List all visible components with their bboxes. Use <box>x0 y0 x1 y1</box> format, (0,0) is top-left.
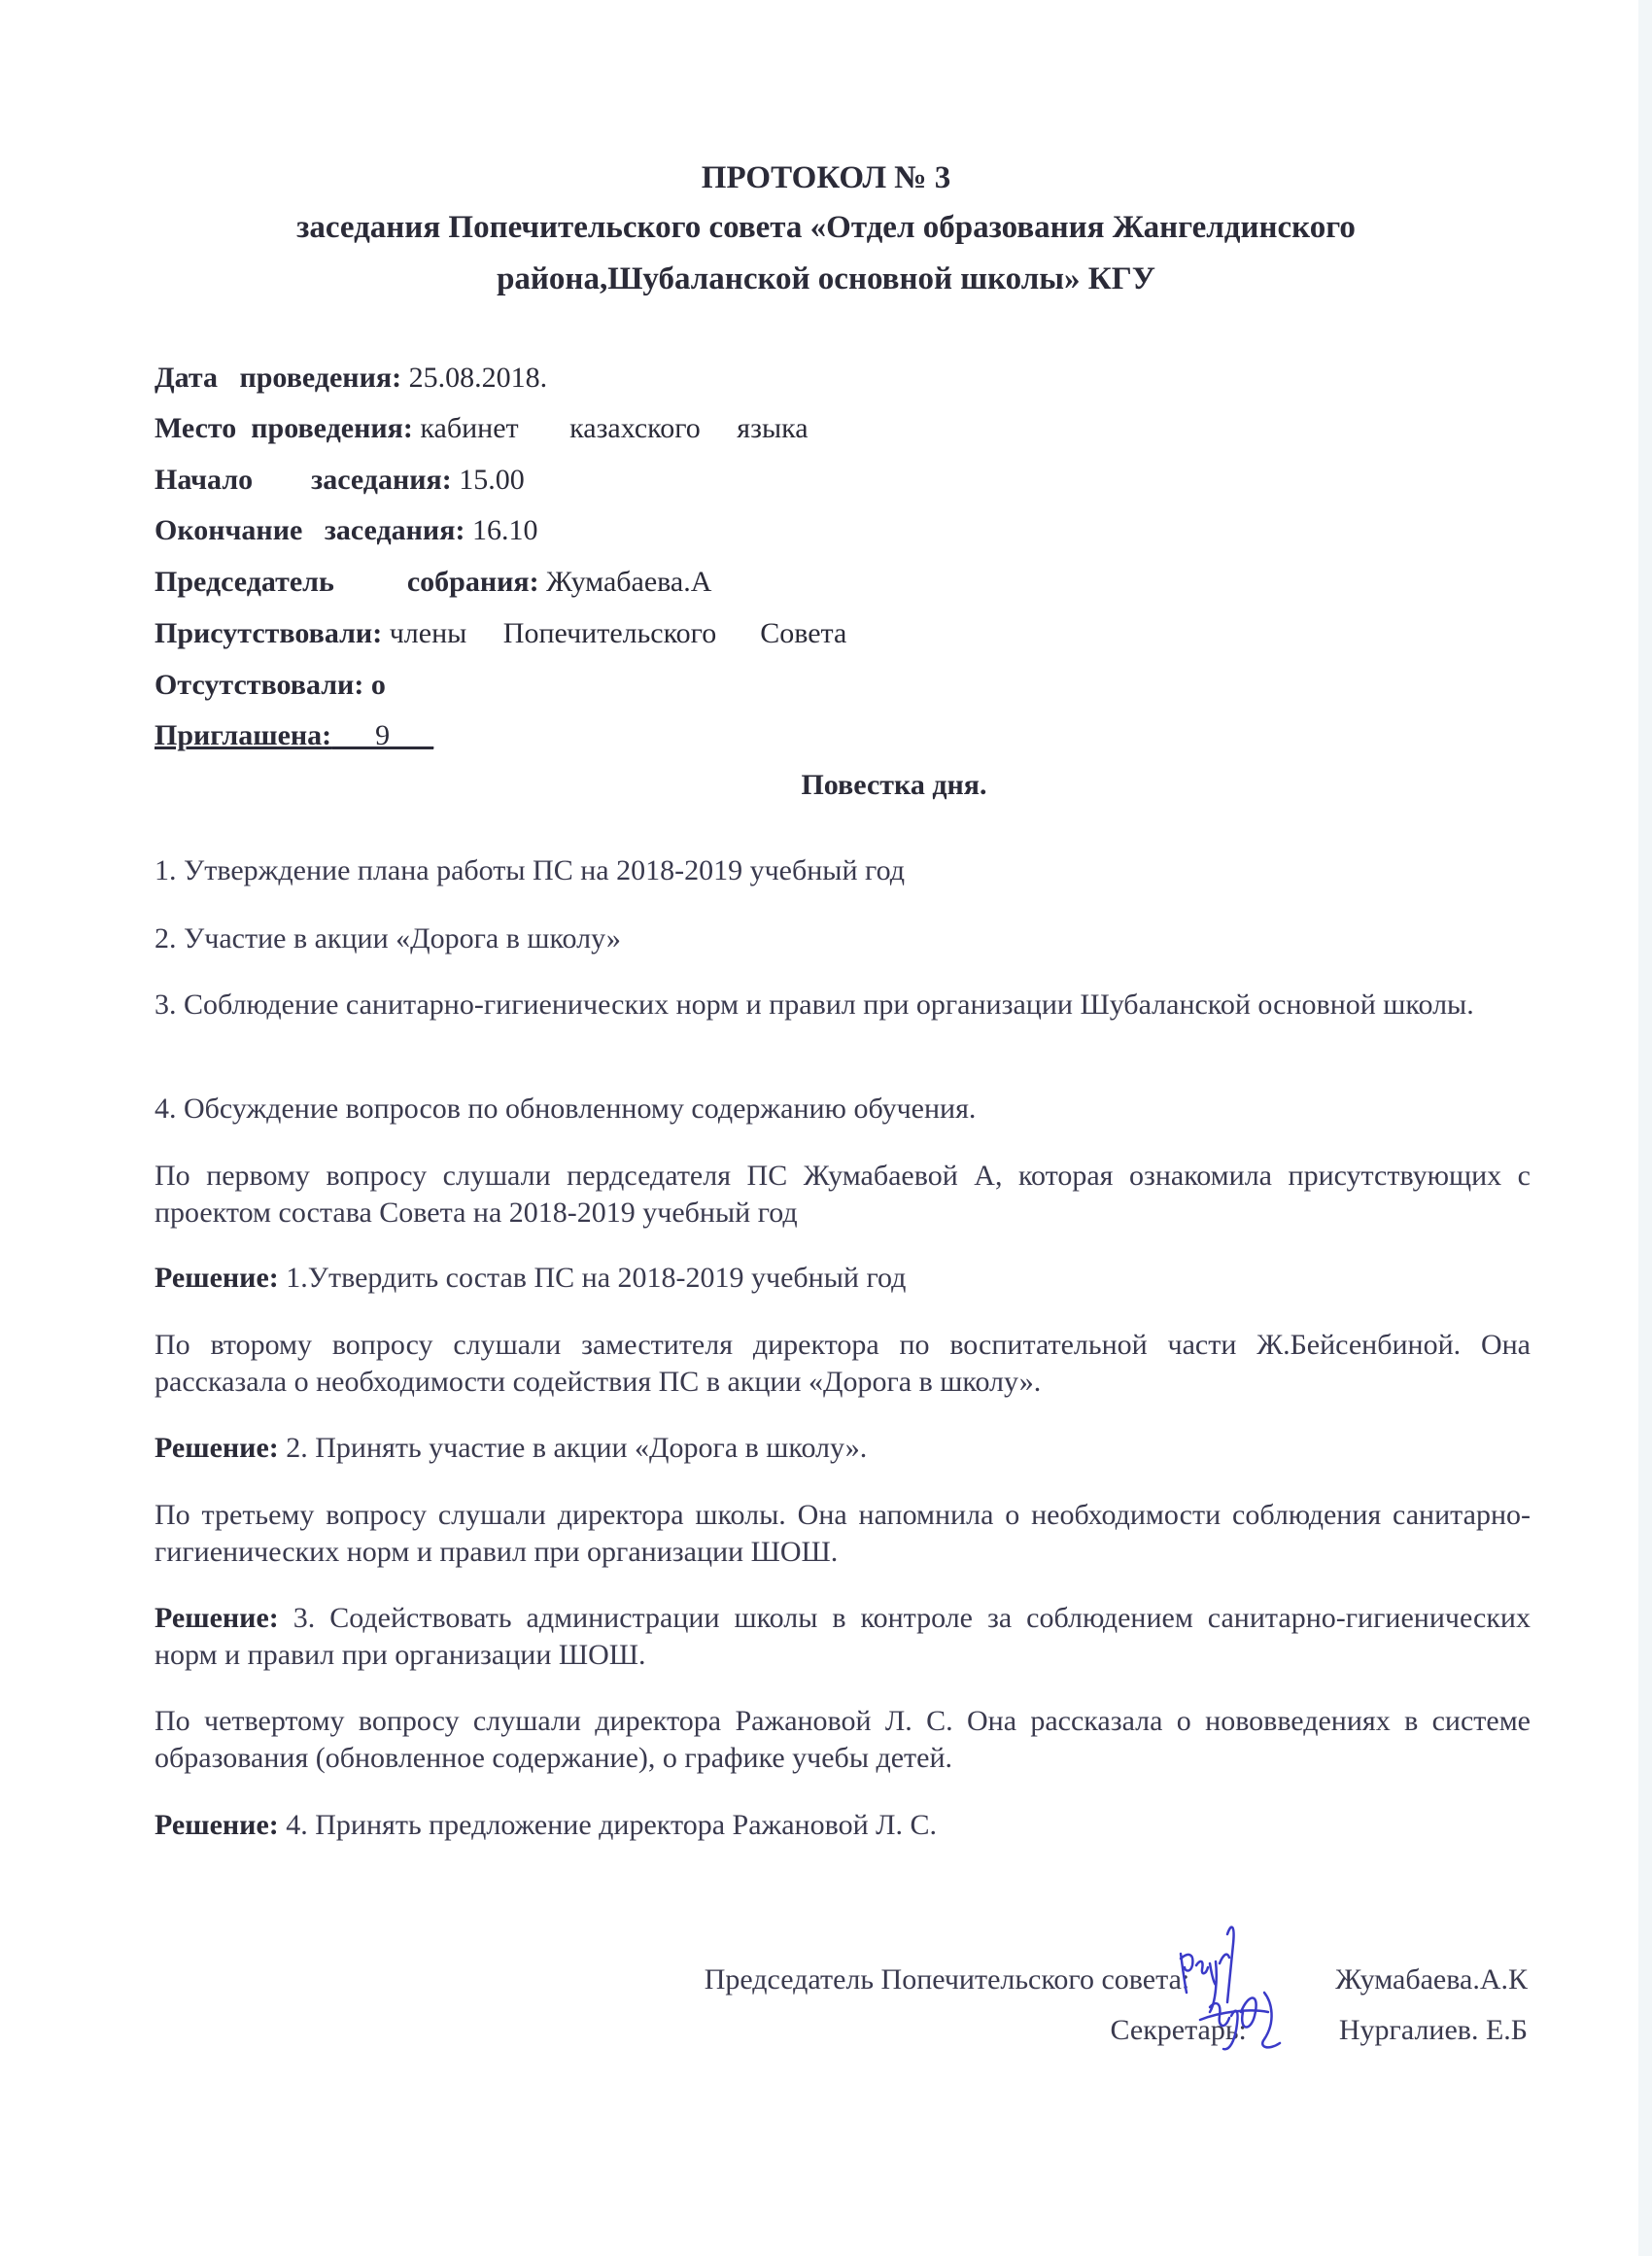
q3-heard-paragraph: По третьему вопросу слушали директора шк… <box>155 1497 1531 1571</box>
agenda-item: 2. Участие в акции «Дорога в школу» <box>155 920 1531 957</box>
q4-heard-paragraph: По четвертому вопросу слушали директора … <box>155 1703 1531 1777</box>
q2-heard-paragraph: По второму вопросу слушали заместителя д… <box>155 1327 1531 1401</box>
meta-chair-label: Председатель собрания: <box>155 566 539 598</box>
decision-text: 1.Утвердить состав ПС на 2018-2019 учебн… <box>279 1262 907 1294</box>
meta-present-label: Присутствовали: <box>155 617 382 649</box>
meta-invited: Приглашена:___9___ <box>155 719 433 752</box>
decision-label: Решение: <box>155 1809 279 1841</box>
secretary-signature-name: Нургалиев. Е.Б <box>1339 2014 1528 2046</box>
decision-text: 2. Принять участие в акции «Дорога в шко… <box>279 1432 868 1464</box>
agenda-item: 3. Соблюдение санитарно-гигиенических но… <box>155 987 1531 1024</box>
scan-edge <box>1638 0 1652 2256</box>
meta-absent-label: Отсутствовали: о <box>155 669 386 701</box>
meta-chair: Председатель собрания: Жумабаева.А <box>155 566 711 599</box>
meta-start-label: Начало заседания: <box>155 464 452 496</box>
agenda-heading: Повестка дня. <box>0 769 1652 802</box>
meta-present: Присутствовали: члены Попечительского Со… <box>155 617 846 650</box>
meta-place: Место проведения: кабинет казахского язы… <box>155 412 809 445</box>
meta-invited-value: ___9___ <box>331 719 433 751</box>
meta-present-value: члены Попечительского Совета <box>382 617 846 649</box>
meta-start-value: 15.00 <box>452 464 525 496</box>
q3-decision: Решение: 3. Содействовать администрации … <box>155 1600 1531 1674</box>
decision-label: Решение: <box>155 1262 279 1294</box>
decision-label: Решение: <box>155 1602 279 1634</box>
decision-label: Решение: <box>155 1432 279 1464</box>
q1-heard-paragraph: По первому вопросу слушали пердседателя … <box>155 1158 1531 1232</box>
meta-start: Начало заседания: 15.00 <box>155 464 525 497</box>
chair-signature-line: Председатель Попечительского совета:Жума… <box>705 1963 1528 1996</box>
handwritten-signature-icon <box>1171 1915 1317 2061</box>
agenda-item: 4. Обсуждение вопросов по обновленному с… <box>155 1091 1531 1128</box>
meta-invited-label: Приглашена: <box>155 719 331 751</box>
meta-chair-value: Жумабаева.А <box>539 566 712 598</box>
meta-absent: Отсутствовали: о <box>155 669 386 702</box>
q1-decision: Решение: 1.Утвердить состав ПС на 2018-2… <box>155 1260 1531 1297</box>
meta-date-label: Дата проведения: <box>155 362 401 394</box>
agenda-item: 1. Утверждение плана работы ПС на 2018-2… <box>155 852 1531 889</box>
q2-decision: Решение: 2. Принять участие в акции «Дор… <box>155 1430 1531 1467</box>
meta-date-value: 25.08.2018. <box>401 362 547 394</box>
document-title: ПРОТОКОЛ № 3 <box>0 160 1652 196</box>
meta-place-label: Место проведения: <box>155 412 413 444</box>
decision-text: 4. Принять предложение директора Ражанов… <box>279 1809 937 1841</box>
meta-place-value: кабинет казахского языка <box>413 412 809 444</box>
document-page: ПРОТОКОЛ № 3 заседания Попечительского с… <box>0 0 1652 2256</box>
q4-decision: Решение: 4. Принять предложение директор… <box>155 1807 1531 1844</box>
meta-end-value: 16.10 <box>465 514 537 546</box>
chair-signature-label: Председатель Попечительского совета: <box>705 1963 1190 1996</box>
decision-text: 3. Содействовать администрации школы в к… <box>155 1602 1531 1671</box>
meta-date: Дата проведения: 25.08.2018. <box>155 362 547 395</box>
meta-end: Окончание заседания: 16.10 <box>155 514 537 547</box>
document-subtitle-line1: заседания Попечительского совета «Отдел … <box>0 210 1652 246</box>
chair-signature-name: Жумабаева.А.К <box>1335 1963 1528 1996</box>
meta-end-label: Окончание заседания: <box>155 514 465 546</box>
document-subtitle-line2: района,Шубаланской основной школы» КГУ <box>0 261 1652 297</box>
